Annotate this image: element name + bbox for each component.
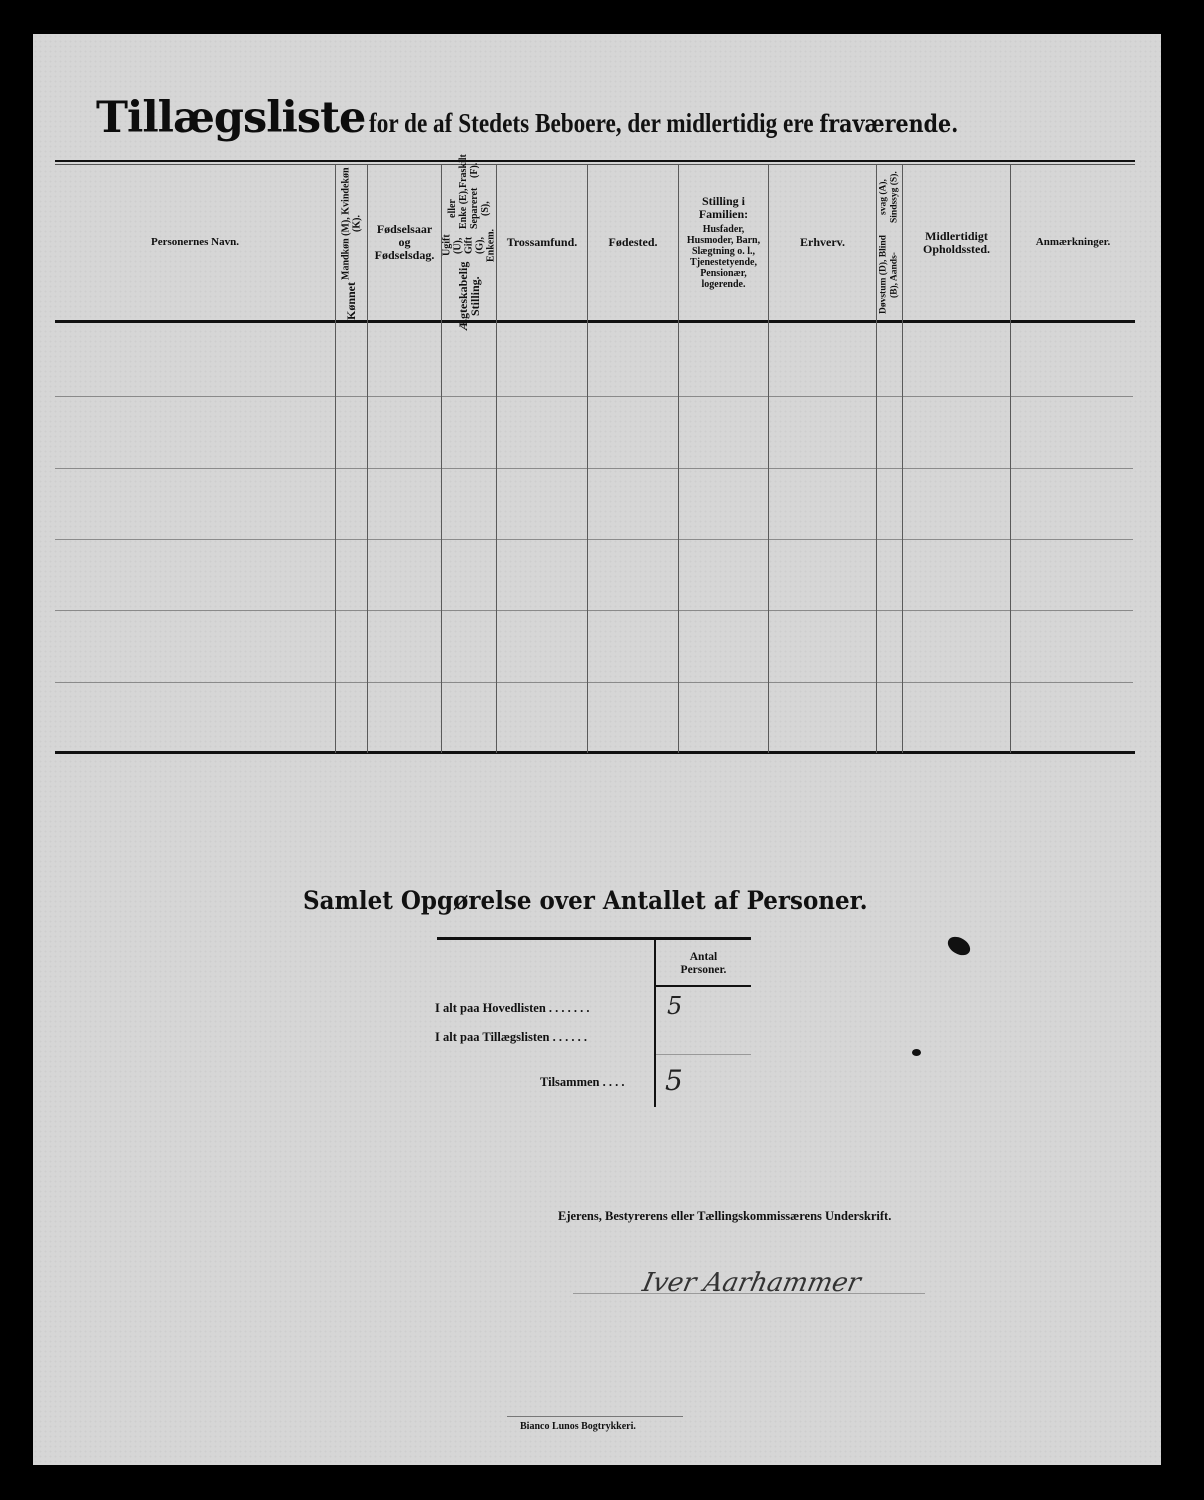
form-subtitle: for de af Stedets Beboere, der midlertid… [369, 108, 958, 139]
summary-column-header: Antal Personer. [656, 944, 751, 984]
header-label: Opholdssted. [923, 243, 990, 256]
header-fodested: Fødested. [588, 165, 678, 320]
ink-blot [912, 1049, 921, 1056]
header-label: Ægteskabelig Stilling. [457, 262, 481, 331]
table-bottom-rule [55, 751, 1135, 754]
header-midlertidigt-opholdssted: Midlertidigt Opholdssted. [903, 165, 1010, 320]
signature-label: Ejerens, Bestyrerens eller Tællingskommi… [558, 1209, 891, 1224]
header-sublabel: svag (A), Sindssyg (S). [879, 165, 901, 229]
header-fodselsaar: Fødselsaar og Fødselsdag. [368, 165, 441, 320]
header-sublabel: Mandkøn (M), Kvindekøn (K). [341, 165, 363, 282]
header-sublabel: Døvstum (D), Blind (B), Aands- [879, 229, 901, 320]
table-row[interactable] [55, 611, 1133, 682]
header-egteskabelig-stilling: Ægteskabelig Stilling. Ugift (U), Gift (… [442, 165, 496, 320]
summary-top-rule [437, 937, 751, 940]
printer-rule [507, 1416, 683, 1417]
header-label: Erhverv. [800, 236, 845, 249]
header-trossamfund: Trossamfund. [497, 165, 587, 320]
header-label: Fødselsdag. [375, 249, 435, 262]
table-top-rule [55, 160, 1135, 162]
header-label: Midlertidigt [925, 230, 988, 243]
table-row[interactable] [55, 397, 1133, 468]
form-subtitle-prefix: for de af Stedets Beboere, der midlertid… [369, 108, 814, 138]
header-sublabel: Fraskilt (F). [458, 154, 480, 188]
header-label: Fødested. [609, 236, 658, 249]
table-row[interactable] [55, 469, 1133, 539]
header-sublabel: Ugift (U), Gift (G), Enkem. [442, 229, 497, 262]
header-label: Antal [690, 951, 717, 964]
table-row[interactable] [55, 540, 1133, 610]
header-label: Familien: [699, 208, 748, 221]
form-title: Tillægsliste [96, 94, 365, 142]
printer-imprint: Bianco Lunos Bogtrykkeri. [520, 1421, 636, 1432]
form-subtitle-emphasis: fraværende. [819, 109, 958, 138]
signature-handwritten[interactable]: Iver Aarhammer [640, 1268, 864, 1298]
header-kjonnet: Kønnet Mandkøn (M), Kvindekøn (K). [336, 165, 367, 320]
header-label: Personernes Navn. [151, 236, 239, 249]
header-label: Personer. [681, 964, 727, 977]
header-erhverv: Erhverv. [769, 165, 876, 320]
summary-value-tilsammen[interactable]: 5 [665, 1064, 683, 1097]
header-dovstum-blind: Døvstum (D), Blind (B), Aands- svag (A),… [877, 165, 902, 320]
header-sublabel: eller Enke (E), Separeret (S), [447, 188, 491, 229]
header-stilling-i-familien: Stilling i Familien: Husfader, Husmoder,… [679, 165, 768, 320]
header-label: Kønnet [345, 282, 358, 320]
summary-label-tilsammen: Tilsammen . . . . [540, 1075, 625, 1090]
summary-header-rule [656, 985, 751, 987]
table-header-rule [55, 320, 1135, 323]
header-label: Trossamfund. [507, 236, 578, 249]
header-personernes-navn: Personernes Navn. [55, 165, 335, 320]
header-label: Anmærkninger. [1036, 236, 1110, 249]
table-row[interactable] [55, 324, 1133, 396]
ink-blot [945, 933, 974, 959]
summary-value-hovedlisten[interactable]: 5 [667, 992, 682, 1020]
summary-subtotal-rule [656, 1054, 751, 1055]
header-sublabel: Husfader, Husmoder, Barn, Slægtning o. l… [679, 224, 768, 290]
table-row[interactable] [55, 683, 1133, 751]
summary-label-tillegslisten: I alt paa Tillægslisten . . . . . . [435, 1030, 587, 1045]
summary-label-hovedlisten: I alt paa Hovedlisten . . . . . . . [435, 1001, 590, 1016]
header-anmerkninger: Anmærkninger. [1011, 165, 1135, 320]
census-form-page: Tillægsliste for de af Stedets Beboere, … [33, 34, 1161, 1465]
summary-value-tillegslisten[interactable] [667, 1022, 737, 1048]
summary-title: Samlet Opgørelse over Antallet af Person… [303, 886, 868, 915]
